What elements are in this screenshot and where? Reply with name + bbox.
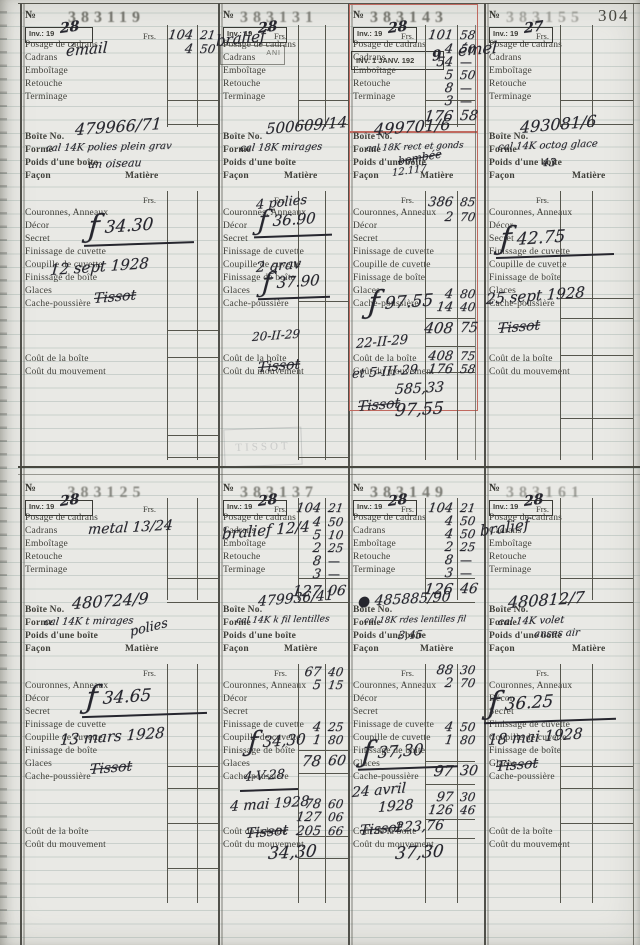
money-hline-top-0 [560, 100, 633, 101]
field-label-cadrans: Cadrans [25, 54, 58, 64]
money-vline-mid-1 [592, 664, 593, 903]
ledger-page: 304 TISSOT №383119Inv.: 1928Frs.Posage d… [0, 0, 640, 945]
handwritten-note: cal 18K rdes lentilles fil [363, 615, 466, 625]
amount-centimes: 40 [459, 301, 476, 313]
money-hline-mid-1 [425, 784, 475, 785]
field-label-matiere: Matière [420, 645, 453, 655]
field-label-emboitage: Emboîtage [25, 540, 68, 550]
field-label-cout_boite: Coût de la boîte [25, 828, 89, 838]
field-label-facon: Façon [25, 172, 51, 182]
money-hline-top-1 [167, 602, 218, 603]
amount-centimes: 50 [459, 721, 476, 733]
money-hline-mid-2 [560, 355, 633, 356]
field-label-coupille: Coupille de cuvette [353, 261, 431, 271]
numero-label: № [223, 9, 234, 21]
field-label-terminage: Terminage [25, 93, 67, 103]
money-vline-top-0 [167, 498, 168, 600]
field-label-terminage: Terminage [353, 93, 395, 103]
florin-sign: ƒ [261, 267, 273, 299]
field-label-terminage: Terminage [25, 566, 67, 576]
handwritten-note: metal 13/24 [87, 519, 173, 538]
amount-wide: 37,30 [394, 843, 444, 863]
handwritten-note: 43 [541, 157, 557, 168]
money-vline-mid-0 [298, 191, 299, 460]
field-label-emboitage: Emboîtage [489, 540, 532, 550]
amount-centimes: — [459, 95, 473, 107]
field-label-secret: Secret [223, 235, 248, 245]
field-label-finissage_boite: Finissage de boîte [489, 274, 561, 284]
money-hline-mid-3 [560, 418, 633, 419]
money-vline-top-1 [325, 25, 326, 127]
handwritten-note: émel [458, 40, 498, 60]
frs-label-mid: Frs. [536, 196, 549, 205]
amount-wide: 97,55 [394, 400, 444, 420]
money-hline-top-0 [167, 100, 218, 101]
field-label-cout_boite: Coût de la boîte [489, 828, 553, 838]
money-hline-mid-3 [167, 457, 218, 458]
money-hline-mid-1 [560, 318, 633, 319]
signature: Tissot [358, 396, 401, 414]
money-hline-mid-2 [167, 435, 218, 436]
money-vline-mid-1 [325, 664, 326, 903]
amount-centimes: — [459, 554, 473, 566]
handwritten-note: ƒ 36.25 [487, 693, 553, 715]
field-label-retouche: Retouche [489, 553, 526, 563]
top-rule [18, 3, 640, 4]
amount-francs: 5 [283, 679, 322, 692]
field-label-secret: Secret [223, 708, 248, 718]
handwritten-note: 479936/41 [258, 588, 334, 609]
field-label-retouche: Retouche [25, 553, 62, 563]
handwritten-note: 480724/9 [71, 591, 149, 612]
field-label-cout_mouvement: Coût du mouvement [489, 368, 570, 378]
handwritten-note: ƒ 34.65 [85, 687, 151, 709]
field-label-cout_mouvement: Coût du mouvement [25, 841, 106, 851]
amount-centimes: 30 [459, 664, 476, 676]
field-label-decor: Décor [223, 222, 247, 232]
record-card-383137: №383137Inv.: 1928Frs.Posage de cadransCa… [218, 478, 348, 945]
amount-centimes: 30 [459, 764, 479, 778]
money-hline-mid-0 [560, 766, 633, 767]
field-label-cadrans: Cadrans [353, 527, 386, 537]
field-label-facon: Façon [489, 172, 515, 182]
record-card-383119: №383119Inv.: 1928Frs.Posage de cadransCa… [20, 5, 218, 468]
field-label-facon: Façon [223, 172, 249, 182]
field-label-retouche: Retouche [223, 553, 260, 563]
amount-francs: 2 [410, 677, 454, 690]
field-label-emboitage: Emboîtage [25, 67, 68, 77]
field-label-boite_no: Boîte No. [223, 606, 262, 616]
amount-centimes: — [459, 567, 473, 579]
money-vline-top-1 [197, 25, 198, 127]
amount-centimes: 75 [459, 350, 476, 362]
money-vline-mid-1 [457, 191, 458, 460]
handwritten-note: cal 14K volet [497, 616, 564, 628]
florin-sign: ƒ [257, 205, 269, 237]
handwritten-note: 493081/6 [520, 113, 597, 136]
field-label-facon: Façon [25, 645, 51, 655]
field-label-cadrans: Cadrans [223, 54, 256, 64]
ink-underline [82, 712, 207, 718]
amount-centimes: 15 [327, 679, 344, 691]
amount-centimes: — [459, 82, 473, 94]
field-label-terminage: Terminage [489, 93, 531, 103]
field-label-poids: Poids d'une boîte [223, 159, 296, 169]
amount-wide: 585,33 [394, 380, 444, 397]
field-label-finissage_boite: Finissage de boîte [489, 747, 561, 757]
handwritten-note: cal 18K mirages [239, 143, 322, 154]
row-separator-2 [18, 474, 640, 475]
field-label-glaces: Glaces [25, 287, 52, 297]
field-label-decor: Décor [223, 695, 247, 705]
field-label-secret: Secret [353, 235, 378, 245]
amount-francs: 205 [283, 825, 322, 838]
amount-centimes: 58 [459, 363, 476, 375]
field-label-emboitage: Emboîtage [223, 67, 266, 77]
amount-centimes: — [327, 555, 341, 567]
field-label-finissage_boite: Finissage de boîte [353, 274, 425, 284]
money-hline-mid-0 [298, 301, 348, 302]
field-label-boite_no: Boîte No. [25, 606, 64, 616]
handwritten-note: 1928 [378, 798, 414, 815]
ink-underline [240, 788, 298, 792]
numero-label: № [353, 482, 364, 494]
handwritten-note: cal 14K octog glace [497, 140, 598, 154]
field-label-cache: Cache-poussière [25, 300, 91, 310]
handwritten-note: 13 mars 1928 [59, 726, 165, 748]
handwritten-note: 500609/14 [266, 115, 348, 137]
field-label-emboitage: Emboîtage [353, 540, 396, 550]
handwritten-note: anses air [533, 628, 580, 640]
money-hline-mid-3 [425, 838, 475, 839]
field-label-retouche: Retouche [223, 80, 260, 90]
field-label-facon: Façon [353, 172, 379, 182]
handwritten-note: 4-V-28 [244, 768, 286, 784]
amount-centimes: 46 [459, 804, 476, 816]
amount-centimes: 50 [327, 516, 344, 528]
amount-francs: 408 [410, 321, 454, 336]
field-label-decor: Décor [353, 695, 377, 705]
field-label-retouche: Retouche [353, 80, 390, 90]
handwritten-note: ƒ 37.90 [261, 273, 320, 292]
field-label-retouche: Retouche [25, 80, 62, 90]
handwritten-note: 3,45 [397, 629, 423, 641]
field-label-boite_no: Boîte No. [25, 133, 64, 143]
handwritten-note: ƒ 34,30 [247, 732, 306, 751]
field-label-cout_mouvement: Coût du mouvement [489, 841, 570, 851]
frs-label-top: Frs. [143, 505, 156, 514]
amount-centimes: 21 [327, 502, 344, 514]
amount-centimes: 60 [327, 754, 347, 768]
amount-centimes: 70 [459, 677, 476, 689]
amount-centimes: 85 [459, 196, 476, 208]
money-hline-mid-1 [298, 457, 348, 458]
money-hline-mid-3 [167, 868, 218, 869]
field-label-emboitage: Emboîtage [353, 67, 396, 77]
amount-centimes: 21 [199, 29, 216, 41]
amount-francs: 2 [410, 211, 454, 224]
money-vline-mid-1 [592, 191, 593, 460]
handwritten-note: ƒ 34.30 [87, 216, 153, 238]
handwritten-note: ● 485885/90 [357, 590, 451, 609]
field-label-facon: Façon [353, 645, 379, 655]
money-hline-mid-1 [298, 773, 348, 774]
field-label-cout_boite: Coût de la boîte [489, 355, 553, 365]
florin-sign: ƒ [85, 680, 99, 716]
money-vline-mid-0 [298, 664, 299, 903]
money-hline-top-0 [560, 578, 633, 579]
money-vline-mid-0 [560, 664, 561, 903]
field-label-poids: Poids d'une boîte [25, 632, 98, 642]
amount-centimes: 66 [327, 825, 344, 837]
amount-francs: 101 [410, 29, 454, 42]
money-vline-mid-1 [197, 191, 198, 460]
money-hline-mid-2 [167, 823, 218, 824]
money-vline-top-1 [457, 498, 458, 600]
signature: Tissot [94, 288, 137, 306]
amount-centimes: 30 [459, 791, 476, 803]
money-vline-top-1 [592, 498, 593, 600]
field-label-glaces: Glaces [25, 760, 52, 770]
field-label-terminage: Terminage [223, 566, 265, 576]
amount-centimes: 60 [327, 798, 344, 810]
field-label-emboitage: Emboîtage [489, 67, 532, 77]
field-label-posage: Posage de cadrans [25, 514, 98, 524]
florin-sign: ƒ [361, 734, 374, 769]
handwritten-note: 479966/71 [74, 116, 162, 138]
field-label-matiere: Matière [284, 172, 317, 182]
money-hline-mid-0 [167, 330, 218, 331]
signature: Tissot [258, 357, 301, 375]
handwritten-note: 20-II-29 [252, 328, 301, 343]
record-card-383149: №383149Inv.: 1928Frs.Posage de cadransCa… [348, 478, 484, 945]
amount-francs: 104 [152, 29, 194, 42]
amount-centimes: 80 [459, 734, 476, 746]
amount-centimes: 25 [459, 541, 476, 553]
field-label-matiere: Matière [284, 645, 317, 655]
signature: Tissot [360, 820, 403, 838]
field-label-finissage_cuvette: Finissage de cuvette [353, 248, 434, 258]
money-vline-top-0 [560, 25, 561, 127]
inventory-year-handwritten: 28 [60, 492, 79, 509]
field-label-secret: Secret [25, 235, 50, 245]
money-hline-mid-1 [167, 357, 218, 358]
field-label-facon: Façon [223, 645, 249, 655]
handwritten-note: émail [66, 40, 108, 59]
signature: Tissot [498, 318, 541, 336]
field-label-glaces: Glaces [223, 760, 250, 770]
field-label-finissage_cuvette: Finissage de cuvette [25, 248, 106, 258]
field-label-matiere: Matière [572, 172, 605, 182]
record-card-383125: №383125Inv.: 1928Frs.Posage de cadransCa… [20, 478, 218, 945]
field-label-secret: Secret [25, 708, 50, 718]
handwritten-note: 25 sept 1928 [485, 285, 585, 307]
florin-sign: ƒ [87, 209, 101, 245]
field-label-cache: Cache-poussière [223, 300, 289, 310]
handwritten-note: cal 14K t mirages [43, 616, 134, 628]
handwritten-note: 18 mai 1928 [487, 726, 583, 748]
amount-centimes: 40 [327, 666, 344, 678]
numero-label: № [25, 9, 36, 21]
money-vline-top-0 [560, 498, 561, 600]
amount-francs: 126 [410, 804, 454, 817]
handwritten-note: ƒ 42.75 [499, 228, 565, 250]
field-label-decor: Décor [25, 695, 49, 705]
field-label-retouche: Retouche [353, 553, 390, 563]
amount-centimes: 25 [327, 721, 344, 733]
numero-label: № [489, 482, 500, 494]
field-label-retouche: Retouche [489, 80, 526, 90]
frs-label-mid: Frs. [143, 669, 156, 678]
inventory-year-handwritten: 28 [60, 19, 79, 36]
handwritten-note: un oiseau [87, 157, 142, 170]
amount-centimes: 46 [459, 582, 479, 596]
field-label-poids: Poids d'une boîte [223, 632, 296, 642]
amount-centimes: 50 [199, 43, 216, 55]
field-label-boite_no: Boîte No. [223, 133, 262, 143]
amount-centimes: 21 [459, 502, 476, 514]
amount-wide: 34,30 [267, 843, 317, 863]
field-label-cadrans: Cadrans [353, 54, 386, 64]
field-label-terminage: Terminage [353, 566, 395, 576]
field-label-secret: Secret [353, 708, 378, 718]
money-vline-mid-1 [325, 191, 326, 460]
amount-francs: 3 [410, 567, 454, 580]
signature: Tissot [496, 756, 539, 774]
money-hline-mid-1 [167, 788, 218, 789]
field-label-terminage: Terminage [489, 566, 531, 576]
money-hline-top-0 [298, 100, 348, 101]
handwritten-note: ƒ 36.90 [257, 211, 316, 230]
numero-label: № [25, 482, 36, 494]
money-hline-mid-0 [167, 766, 218, 767]
money-vline-top-1 [197, 498, 198, 600]
handwritten-note: 480812/7 [507, 590, 585, 611]
amount-francs: 3 [283, 568, 322, 581]
money-col-edge [475, 25, 476, 460]
handwritten-note: polies [129, 617, 168, 639]
amount-centimes: 80 [459, 288, 476, 300]
handwritten-note: ƒ 37,30 [361, 742, 424, 762]
signature: Tissot [246, 823, 289, 841]
handwritten-note: cal 14K polies plein grav [45, 142, 172, 154]
record-card-383143: №383143Inv.: 1928Frs.INV. 1 JANV. 1929Po… [348, 5, 484, 468]
amount-centimes: 50 [459, 515, 476, 527]
amount-francs: 104 [283, 502, 322, 515]
field-label-cache: Cache-poussière [25, 773, 91, 783]
money-hline-mid-0 [298, 750, 348, 751]
money-hline-top-1 [167, 124, 218, 125]
money-hline-mid-1 [425, 346, 475, 347]
amount-centimes: — [327, 568, 341, 580]
field-label-facon: Façon [489, 645, 515, 655]
amount-francs: 127 [283, 811, 322, 824]
amount-centimes: 25 [327, 542, 344, 554]
amount-centimes: 06 [327, 811, 344, 823]
money-vline-top-1 [325, 498, 326, 600]
amount-centimes: 10 [327, 529, 344, 541]
amount-centimes: 80 [327, 734, 344, 746]
field-label-coupille: Coupille de cuvette [489, 261, 567, 271]
money-hline-top-0 [167, 578, 218, 579]
field-label-terminage: Terminage [223, 93, 265, 103]
money-hline-mid-2 [560, 823, 633, 824]
frs-label-mid: Frs. [143, 196, 156, 205]
frs-label-mid: Frs. [536, 669, 549, 678]
field-label-decor: Décor [25, 222, 49, 232]
field-label-cout_mouvement: Coût du mouvement [25, 368, 106, 378]
field-label-cadrans: Cadrans [25, 527, 58, 537]
numero-label: № [223, 482, 234, 494]
amount-centimes: 58 [459, 109, 479, 123]
record-card-383161: №383161Inv.: 1928Frs.Posage de cadransCa… [484, 478, 640, 945]
amount-francs: 78 [283, 754, 322, 769]
field-label-glaces: Glaces [223, 287, 250, 297]
record-card-383131: №383131Inv.: 1928Frs.ANIPosage de cadran… [218, 5, 348, 468]
field-label-decor: Décor [353, 222, 377, 232]
handwritten-note: 12 sept 1928 [49, 256, 149, 278]
money-vline-mid-0 [167, 191, 168, 460]
amount-centimes: 50 [459, 69, 476, 81]
handwritten-note: cal 14K k fil lentilles [235, 615, 330, 626]
numero-label: № [489, 9, 500, 21]
field-label-matiere: Matière [572, 645, 605, 655]
amount-francs: 386 [410, 196, 454, 209]
record-card-383155: №383155Inv.: 1927Frs.Posage de cadransCa… [484, 5, 640, 468]
field-label-matiere: Matière [125, 172, 158, 182]
money-hline-mid-1 [560, 788, 633, 789]
field-label-posage: Posage de cadrans [489, 41, 562, 51]
signature: Tissot [90, 759, 133, 777]
ink-underline [84, 241, 194, 246]
field-label-cout_boite: Coût de la boîte [25, 355, 89, 365]
amount-centimes: 75 [459, 321, 479, 335]
amount-centimes: 50 [459, 528, 476, 540]
money-vline-top-0 [298, 25, 299, 127]
handwritten-note: ƒ 97.55 [367, 292, 433, 314]
amount-francs: 4 [152, 43, 194, 56]
amount-centimes: 70 [459, 211, 476, 223]
field-label-matiere: Matière [125, 645, 158, 655]
